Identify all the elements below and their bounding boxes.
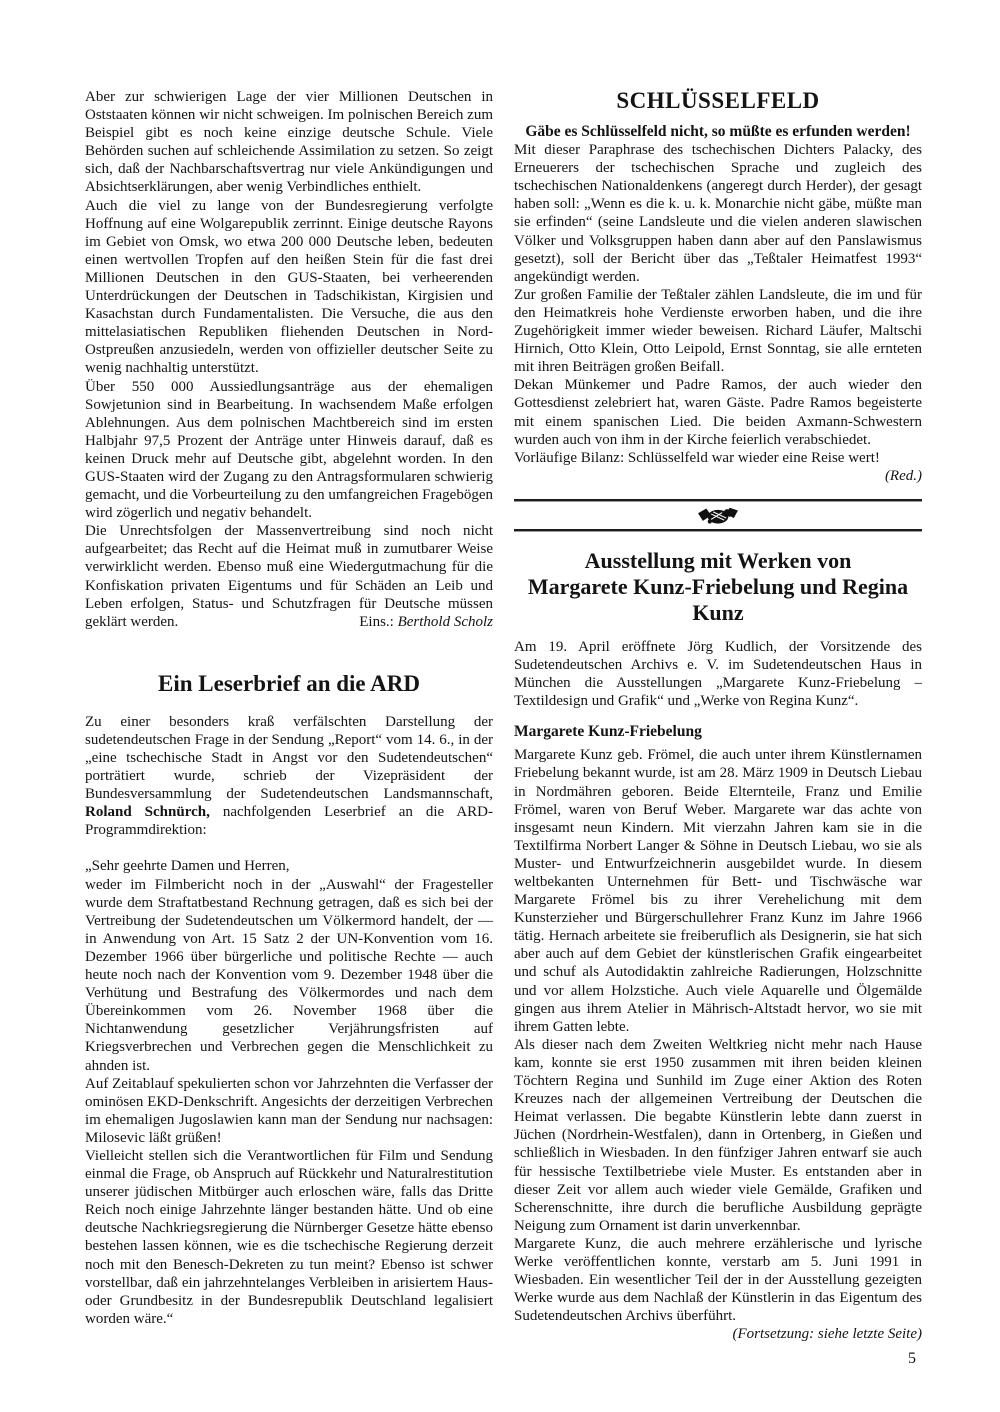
section-divider xyxy=(514,499,922,532)
signature-prefix: Eins.: xyxy=(359,614,394,630)
right-column: SCHLÜSSELFELD Gäbe es Schlüsselfeld nich… xyxy=(514,88,922,1343)
letter-paragraph: weder im Filmbericht noch in der „Auswah… xyxy=(85,876,493,1075)
author-signature: Eins.: Berthold Scholz xyxy=(359,613,493,631)
paragraph: Über 550 000 Aussiedlungsanträge aus der… xyxy=(85,378,493,523)
signature-name: Berthold Scholz xyxy=(398,614,493,630)
letter-intro: Zu einer besonders kraß verfälschten Dar… xyxy=(85,713,493,840)
section-title-leserbrief: Ein Leserbrief an die ARD xyxy=(85,671,493,697)
paragraph: Mit dieser Paraphrase des tschechischen … xyxy=(514,141,922,286)
paragraph: Margarete Kunz, die auch mehrere erzähle… xyxy=(514,1235,922,1325)
subheading-kunz-friebelung: Margarete Kunz-Friebelung xyxy=(514,723,922,741)
left-column: Aber zur schwierigen Lage der vier Milli… xyxy=(85,88,493,1343)
paragraph: Die Unrechtsfolgen der Massenvertreibung… xyxy=(85,522,493,631)
lead-sentence: Gäbe es Schlüsselfeld nicht, so müßte es… xyxy=(514,123,922,141)
paragraph: Zur großen Familie der Teßtaler zählen L… xyxy=(514,286,922,376)
newsletter-page: Aber zur schwierigen Lage der vier Milli… xyxy=(0,0,1000,1412)
divider-rule-bottom xyxy=(514,529,922,532)
editorial-byline: (Red.) xyxy=(514,467,922,485)
paragraph: Margarete Kunz geb. Frömel, die auch unt… xyxy=(514,746,922,1036)
letter-greeting: „Sehr geehrte Damen und Herren, xyxy=(85,857,493,875)
paragraph: Am 19. April eröffnete Jörg Kudlich, der… xyxy=(514,638,922,710)
handshake-icon xyxy=(696,505,740,527)
section-title-schluesselfeld: SCHLÜSSELFELD xyxy=(514,88,922,114)
letter-intro-bold-name: Roland Schnürch, xyxy=(85,804,210,820)
ausstellung-title-line2: Margarete Kunz-Friebelung und Regina Kun… xyxy=(528,574,908,625)
ornament-row xyxy=(514,502,922,529)
letter-paragraph: Vielleicht stellen sich die Verantwortli… xyxy=(85,1147,493,1328)
letter-paragraph: Auf Zeitablauf spekulierten schon vor Ja… xyxy=(85,1075,493,1147)
paragraph: Auch die viel zu lange von der Bundesreg… xyxy=(85,197,493,378)
continuation-note: (Fortsetzung: siehe letzte Seite) xyxy=(514,1325,922,1343)
paragraph: Vorläufige Bilanz: Schlüsselfeld war wie… xyxy=(514,449,922,467)
section-title-ausstellung: Ausstellung mit Werken von Margarete Kun… xyxy=(514,548,922,626)
paragraph: Dekan Münkemer und Padre Ramos, der auch… xyxy=(514,376,922,448)
paragraph: Als dieser nach dem Zweiten Weltkrieg ni… xyxy=(514,1036,922,1235)
ausstellung-title-line1: Ausstellung mit Werken von xyxy=(585,548,852,573)
two-column-layout: Aber zur schwierigen Lage der vier Milli… xyxy=(85,88,922,1343)
page-number: 5 xyxy=(908,1350,916,1368)
paragraph: Aber zur schwierigen Lage der vier Milli… xyxy=(85,88,493,197)
letter-intro-text: Zu einer besonders kraß verfälschten Dar… xyxy=(85,714,493,802)
